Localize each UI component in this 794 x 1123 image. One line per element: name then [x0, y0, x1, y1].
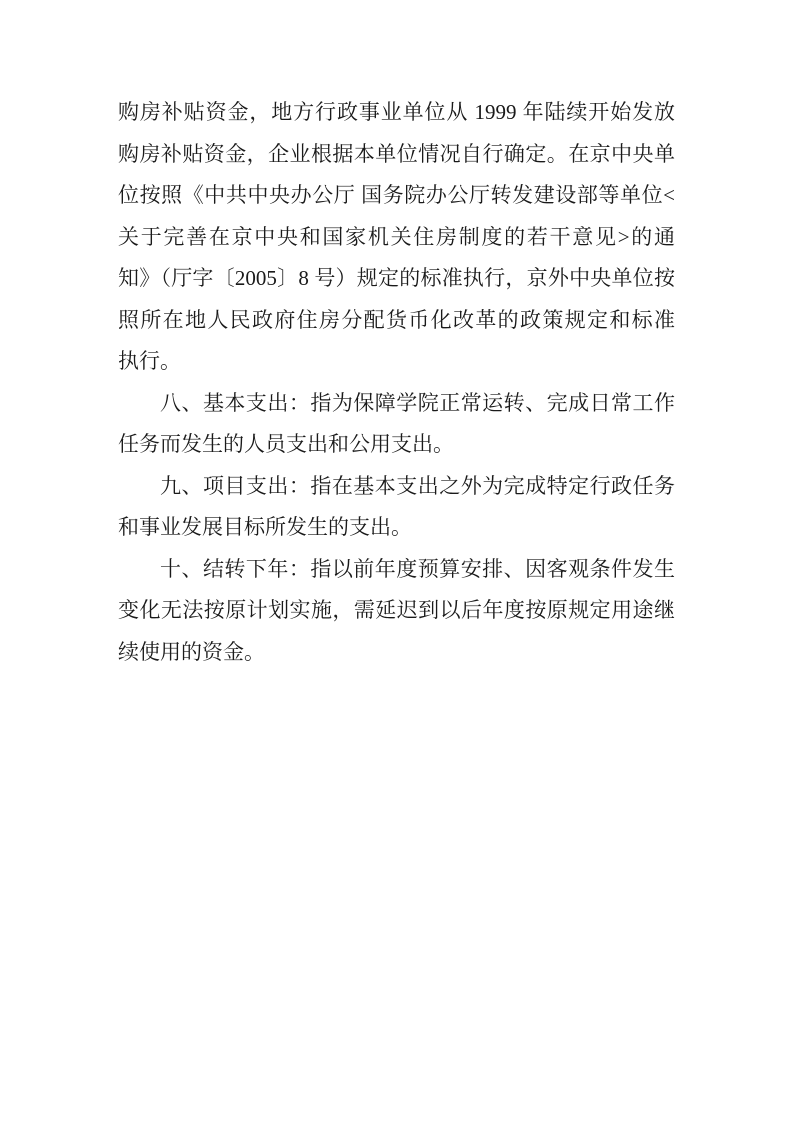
text-line: 执行。 — [118, 341, 675, 383]
paragraph: 八、基本支出：指为保障学院正常运转、完成日常工作任务而发生的人员支出和公用支出。 — [118, 383, 675, 466]
paragraph: 购房补贴资金，地方行政事业单位从 1999 年陆续开始发放购房补贴资金，企业根据… — [118, 92, 675, 383]
text-line: 十、结转下年：指以前年度预算安排、因客观条件发生 — [118, 549, 675, 591]
text-line: 续使用的资金。 — [118, 632, 675, 674]
text-line: 知》（厅字〔2005〕8 号）规定的标准执行，京外中央单位按 — [118, 258, 675, 300]
paragraph: 九、项目支出：指在基本支出之外为完成特定行政任务和事业发展目标所发生的支出。 — [118, 466, 675, 549]
text-line: 九、项目支出：指在基本支出之外为完成特定行政任务 — [118, 466, 675, 508]
text-line: 变化无法按原计划实施，需延迟到以后年度按原规定用途继 — [118, 590, 675, 632]
text-line: 和事业发展目标所发生的支出。 — [118, 507, 675, 549]
text-line: 位按照《中共中央办公厅 国务院办公厅转发建设部等单位< — [118, 175, 675, 217]
text-line: 关于完善在京中央和国家机关住房制度的若干意见>的通 — [118, 217, 675, 259]
text-line: 照所在地人民政府住房分配货币化改革的政策规定和标准 — [118, 300, 675, 342]
text-line: 购房补贴资金，地方行政事业单位从 1999 年陆续开始发放 — [118, 92, 675, 134]
paragraph: 十、结转下年：指以前年度预算安排、因客观条件发生变化无法按原计划实施，需延迟到以… — [118, 549, 675, 674]
text-line: 购房补贴资金，企业根据本单位情况自行确定。在京中央单 — [118, 134, 675, 176]
text-line: 任务而发生的人员支出和公用支出。 — [118, 424, 675, 466]
text-line: 八、基本支出：指为保障学院正常运转、完成日常工作 — [118, 383, 675, 425]
document-page: 购房补贴资金，地方行政事业单位从 1999 年陆续开始发放购房补贴资金，企业根据… — [0, 0, 794, 1123]
text-block: 购房补贴资金，地方行政事业单位从 1999 年陆续开始发放购房补贴资金，企业根据… — [118, 92, 675, 673]
